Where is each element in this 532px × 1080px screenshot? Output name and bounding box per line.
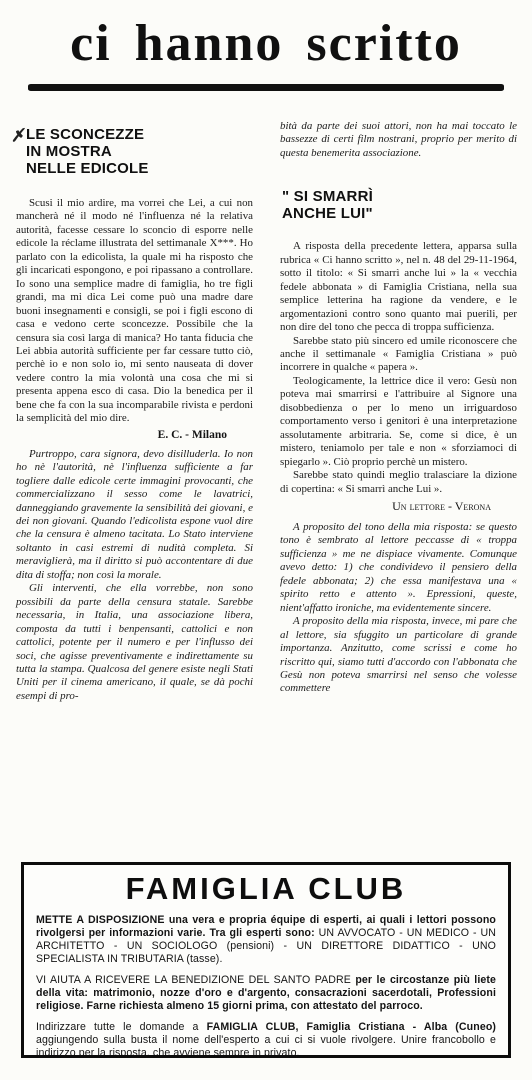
club-box-paragraph: VI AIUTA A RICEVERE LA BENEDIZIONE DEL S… — [36, 974, 496, 1013]
regular-text: aggiungendo sulla busta il nome dell'esp… — [36, 1034, 496, 1058]
regular-text: VI AIUTA A RICEVERE LA BENEDIZIONE DEL S… — [36, 974, 355, 986]
title-rule-divider — [28, 84, 504, 91]
right-column: bità da parte dei suoi attori, non ha ma… — [280, 120, 517, 703]
famiglia-club-ad-box: FAMIGLIA CLUB METTE A DISPOSIZIONE una v… — [21, 862, 511, 1058]
club-box-title: FAMIGLIA CLUB — [36, 871, 496, 907]
pencil-mark-icon: ✗ — [7, 125, 28, 146]
letter-paragraph: Scusi il mio ardire, ma vorrei che Lei, … — [16, 197, 253, 426]
letter-paragraph: Sarebbe stato più sincero ed umile ricon… — [280, 335, 517, 375]
letter-paragraph: Teologicamente, la lettrice dice il vero… — [280, 375, 517, 469]
letter-signature: Un lettore - Verona — [280, 499, 517, 514]
magazine-letters-page: ci hanno scritto ✗LE SCONCEZZEIN MOSTRAN… — [0, 0, 532, 1080]
bold-text: FAMIGLIA CLUB, Famiglia Cristiana - Alba… — [207, 1021, 496, 1033]
letter-paragraph: A proposito del tono della mia risposta:… — [280, 521, 517, 615]
letter-paragraph: bità da parte dei suoi attori, non ha ma… — [280, 120, 517, 160]
letter-heading: ✗LE SCONCEZZEIN MOSTRANELLE EDICOLE — [26, 126, 253, 177]
left-column: ✗LE SCONCEZZEIN MOSTRANELLE EDICOLEScusi… — [16, 120, 253, 703]
letter-paragraph: Sarebbe stato quindi meglio tralasciare … — [280, 469, 517, 496]
regular-text: Indirizzare tutte le domande a — [36, 1021, 207, 1033]
heading-line: " SI SMARRÌ — [282, 188, 517, 205]
letter-signature: E. C. - Milano — [16, 429, 253, 441]
club-box-body: METTE A DISPOSIZIONE una vera e propria … — [36, 914, 496, 1058]
heading-line: IN MOSTRA — [26, 143, 253, 160]
letter-heading: " SI SMARRÌANCHE LUI" — [282, 188, 517, 222]
club-box-paragraph: METTE A DISPOSIZIONE una vera e propria … — [36, 914, 496, 966]
heading-line: ANCHE LUI" — [282, 205, 517, 222]
letter-paragraph: A proposito della mia risposta, invece, … — [280, 615, 517, 696]
club-box-paragraph: Indirizzare tutte le domande a FAMIGLIA … — [36, 1021, 496, 1058]
page-title: ci hanno scritto — [0, 14, 532, 73]
letter-paragraph: A risposta della precedente lettera, app… — [280, 240, 517, 334]
letter-paragraph: Purtroppo, cara signora, devo disilluder… — [16, 448, 253, 583]
text-columns: ✗LE SCONCEZZEIN MOSTRANELLE EDICOLEScusi… — [16, 120, 518, 703]
heading-line: NELLE EDICOLE — [26, 160, 253, 177]
letter-paragraph: Gli interventi, che ella vorrebbe, non s… — [16, 582, 253, 703]
heading-line: LE SCONCEZZE — [26, 126, 253, 143]
